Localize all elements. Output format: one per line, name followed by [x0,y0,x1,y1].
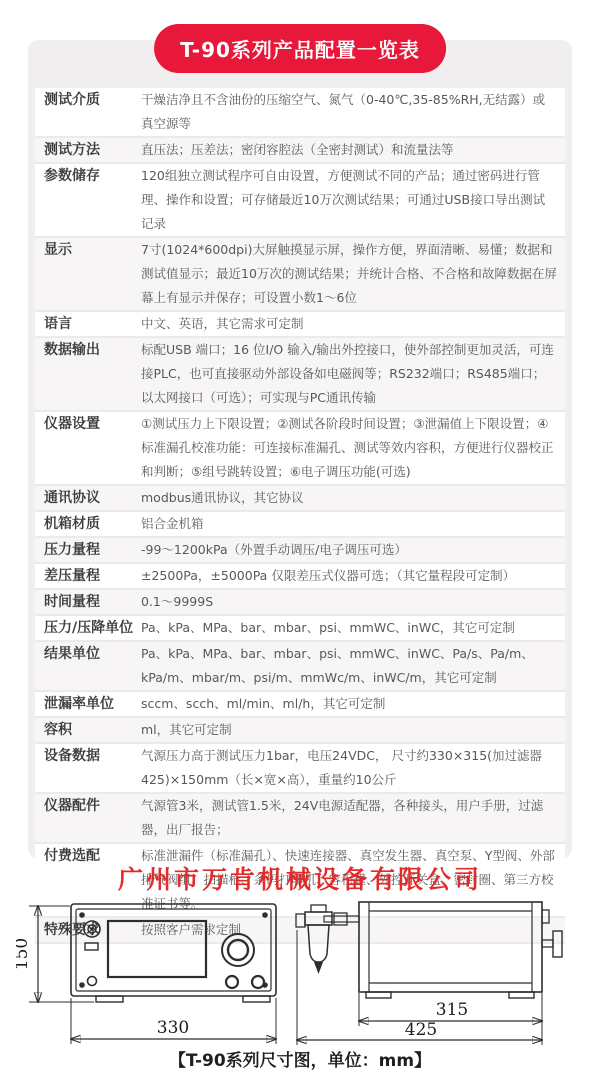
row-label: 压力量程 [35,538,134,562]
row-value: Pa、kPa、MPa、bar、mbar、psi、mmWC、inWC，其它可定制 [134,616,565,640]
row-label: 差压量程 [35,564,134,588]
table-row: 测试介质 干燥洁净且不含油份的压缩空气、氮气（0-40℃,35-85%RH,无结… [35,88,565,138]
table-row: 参数储存 120组独立测试程序可自由设置，方便测试不同的产品；通过密码进行管理、… [35,164,565,238]
row-value: 120组独立测试程序可自由设置，方便测试不同的产品；通过密码进行管理、操作和设置… [134,164,565,236]
table-row: 数据输出 标配USB 端口；16 位I/O 输入/输出外控接口，使外部控制更加灵… [35,338,565,412]
row-label: 数据输出 [35,338,134,410]
table-row: 语言 中文、英语，其它需求可定制 [35,312,565,338]
row-label: 语言 [35,312,134,336]
row-label: 通讯协议 [35,486,134,510]
front-button-right [252,976,264,988]
row-label: 显示 [35,238,134,310]
row-label: 仪器设置 [35,412,134,484]
table-row: 压力/压降单位 Pa、kPa、MPa、bar、mbar、psi、mmWC、inW… [35,616,565,642]
front-port [88,977,97,986]
row-label: 测试方法 [35,138,134,162]
row-value: 0.1～9999S [134,590,565,614]
table-row: 显示 7寸(1024*600dpi)大屏触摸显示屏，操作方便，界面清晰、易懂；数… [35,238,565,312]
row-label: 时间量程 [35,590,134,614]
svg-text:330: 330 [157,1018,189,1038]
foot-left [96,996,123,1002]
side-foot-right [509,992,534,998]
front-width-dimension: 330 [71,998,276,1044]
drawing-caption: 【T-90系列尺寸图，单位：mm】 [0,1046,600,1071]
foot-right [243,996,270,1002]
table-row: 仪器设置 ①测试压力上下限设置；②测试各阶段时间设置；③泄漏值上下限设置；④标准… [35,412,565,486]
row-value: 7寸(1024*600dpi)大屏触摸显示屏，操作方便，界面清晰、易懂；数据和测… [134,238,565,310]
table-row: 测试方法 直压法；压差法；密闭容腔法（全密封测试）和流量法等 [35,138,565,164]
table-row: 仪器配件 气源管3米，测试管1.5米，24V电源适配器，各种接头，用户手册，过滤… [35,794,565,844]
dimension-drawings: 150 [16,892,592,1054]
table-row: 容积 ml，其它可定制 [35,718,565,744]
row-value: 干燥洁净且不含油份的压缩空气、氮气（0-40℃,35-85%RH,无结露）或真空… [134,88,565,136]
table-row: 设备数据 气源压力高于测试压力1bar，电压24VDC， 尺寸约330×315(… [35,744,565,794]
air-filter [296,905,359,974]
control-knob [222,934,254,966]
rear-tab [542,910,549,923]
table-row: 通讯协议 modbus通讯协议，其它协议 [35,486,565,512]
row-value: 标配USB 端口；16 位I/O 输入/输出外控接口，使外部控制更加灵活，可连接… [134,338,565,410]
row-value: ①测试压力上下限设置；②测试各阶段时间设置；③泄漏值上下限设置；④标准漏孔校准功… [134,412,565,484]
side-view-drawing: 315 425 [294,892,592,1054]
row-label: 压力/压降单位 [35,616,134,640]
company-name: 广州市万肯机械设备有限公司 [0,860,600,896]
row-value: 中文、英语，其它需求可定制 [134,312,565,336]
svg-text:150: 150 [16,938,32,970]
row-value: modbus通讯协议，其它协议 [134,486,565,510]
side-inner-width-dimension: 315 [359,993,542,1045]
table-row: 机箱材质 铝合金机箱 [35,512,565,538]
side-foot-left [366,992,391,998]
row-value: Pa、kPa、MPa、bar、mbar、psi、mmWC、inWC、Pa/s、P… [134,642,565,690]
row-label: 设备数据 [35,744,134,792]
row-label: 仪器配件 [35,794,134,842]
config-card: T-90系列产品配置一览表 测试介质 干燥洁净且不含油份的压缩空气、氮气（0-4… [28,40,572,858]
row-label: 测试介质 [35,88,134,136]
side-knob [542,931,562,957]
table-row: 时间量程 0.1～9999S [35,590,565,616]
page-title: T-90系列产品配置一览表 [154,24,446,73]
svg-text:425: 425 [405,1020,437,1040]
power-switch [85,943,98,950]
front-button-left [226,976,238,988]
front-view-drawing: 150 [16,892,294,1054]
row-label: 机箱材质 [35,512,134,536]
table-row: 泄漏率单位 sccm、scch、ml/min、ml/h，其它可定制 [35,692,565,718]
table-row: 差压量程 ±2500Pa，±5000Pa 仅限差压式仪器可选；（其它量程段可定制… [35,564,565,590]
table-row: 结果单位 Pa、kPa、MPa、bar、mbar、psi、mmWC、inWC、P… [35,642,565,692]
row-value: 直压法；压差法；密闭容腔法（全密封测试）和流量法等 [134,138,565,162]
page: T-90系列产品配置一览表 测试介质 干燥洁净且不含油份的压缩空气、氮气（0-4… [0,0,600,1085]
row-value: -99～1200kPa（外置手动调压/电子调压可选） [134,538,565,562]
front-panel-outline [71,904,276,996]
row-label: 参数储存 [35,164,134,236]
row-value: ml，其它可定制 [134,718,565,742]
table-row: 压力量程 -99～1200kPa（外置手动调压/电子调压可选） [35,538,565,564]
row-value: 铝合金机箱 [134,512,565,536]
power-connector [84,921,100,937]
row-label: 容积 [35,718,134,742]
row-value: 气源管3米，测试管1.5米，24V电源适配器，各种接头，用户手册，过滤器，出厂报… [134,794,565,842]
side-total-width-dimension: 425 [297,930,542,1045]
row-value: sccm、scch、ml/min、ml/h，其它可定制 [134,692,565,716]
row-value: 气源压力高于测试压力1bar，电压24VDC， 尺寸约330×315(加过滤器4… [134,744,565,792]
spec-table: 测试介质 干燥洁净且不含油份的压缩空气、氮气（0-40℃,35-85%RH,无结… [35,88,565,944]
row-value: ±2500Pa，±5000Pa 仅限差压式仪器可选；（其它量程段可定制） [134,564,565,588]
svg-text:315: 315 [436,1000,468,1020]
row-label: 泄漏率单位 [35,692,134,716]
touchscreen [108,921,206,977]
row-label: 结果单位 [35,642,134,690]
side-body-outline [359,902,542,992]
